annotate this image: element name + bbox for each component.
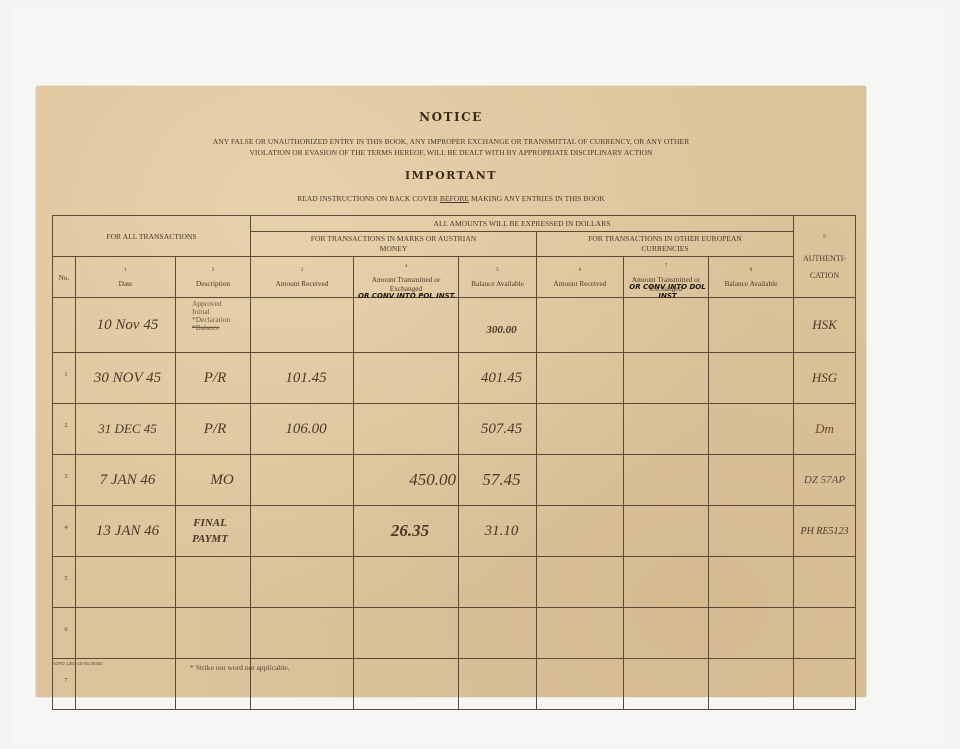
col-number: 9 (794, 229, 855, 246)
authentication-signature: HSG (794, 353, 856, 404)
authentication-cell (794, 659, 856, 710)
col-label: No. (59, 273, 70, 282)
date-cell: 7 JAN 46 (76, 455, 176, 506)
description-cell: Approved Initial *Declaration *Balance (176, 298, 251, 353)
col-number: 3 (251, 266, 353, 275)
row-number: 5 (53, 557, 76, 608)
amount-received-other-cell (537, 404, 624, 455)
header-auth-label: AUTHENTI- CATION (800, 250, 850, 284)
amount-transmitted-cell (354, 404, 459, 455)
amount-received-other-cell (537, 455, 624, 506)
amount-received-other-cell (537, 353, 624, 404)
amount-received-cell: 101.45 (251, 353, 354, 404)
date-cell (76, 659, 176, 710)
table-row: 7 (53, 659, 856, 710)
amount-received-cell (251, 506, 354, 557)
col-label: Description (196, 279, 230, 288)
balance-other-cell (709, 659, 794, 710)
read-underlined: BEFORE (440, 194, 469, 203)
col-label: Amount Received (276, 279, 329, 288)
balance-other-cell (709, 608, 794, 659)
authentication-cell (794, 557, 856, 608)
footnote: * Strike out word not applicable. (190, 663, 290, 672)
balance-cell: 300.00 (459, 298, 537, 353)
col-number: 4 (354, 262, 458, 271)
date-cell (76, 608, 176, 659)
header-all-transactions: FOR ALL TRANSACTIONS (53, 216, 251, 257)
printed-declaration-options: Approved Initial *Declaration *Balance (192, 300, 230, 332)
amount-received-other-cell (537, 608, 624, 659)
authentication-signature: HSK (794, 298, 856, 353)
col-header-amount-transmitted-marks: 4Amount Transmitted or Exchanged OR CONV… (354, 257, 459, 298)
table-row: 2 31 DEC 45 P/R 106.00 507.45 Dm (53, 404, 856, 455)
authentication-signature: DZ 57AP (794, 455, 856, 506)
amount-transmitted-other-cell (624, 298, 709, 353)
table-row: 4 13 JAN 46 FINAL PAYMT 26.35 31.10 PH R… (53, 506, 856, 557)
header-authentication: 9 AUTHENTI- CATION (794, 216, 856, 298)
amount-transmitted-other-cell (624, 404, 709, 455)
balance-other-cell (709, 298, 794, 353)
header-other-label: FOR TRANSACTIONS IN OTHER EUROPEAN CURRE… (580, 234, 750, 254)
col-header-amount-transmitted-other: 7Amount Transmitted or Exchanged OR CONV… (624, 257, 709, 298)
notice-line-2: VIOLATION OR EVASION OF THE TERMS HEREOF… (36, 147, 866, 158)
amount-transmitted-other-cell (624, 557, 709, 608)
balance-other-cell (709, 404, 794, 455)
col-header-date: 1Date (76, 257, 176, 298)
description-cell (176, 557, 251, 608)
header-dollars: ALL AMOUNTS WILL BE EXPRESSED IN DOLLARS (251, 216, 794, 232)
amount-received-cell (251, 557, 354, 608)
row-number: 6 (53, 608, 76, 659)
col-number: 8 (709, 266, 793, 275)
date-cell: 10 Nov 45 (76, 298, 176, 353)
amount-received-cell: 106.00 (251, 404, 354, 455)
row-number: 1 (53, 353, 76, 404)
balance-label-struck: *Balance (192, 324, 230, 332)
amount-transmitted-cell (354, 608, 459, 659)
col-label: Amount Received (554, 279, 607, 288)
col-label: Balance Available (725, 279, 778, 288)
col-number: 5 (459, 266, 536, 275)
amount-transmitted-cell: 26.35 (354, 506, 459, 557)
balance-cell (459, 608, 537, 659)
amount-transmitted-other-cell (624, 608, 709, 659)
col-header-balance-other: 8Balance Available (709, 257, 794, 298)
amount-received-other-cell (537, 298, 624, 353)
balance-other-cell (709, 506, 794, 557)
row-number (53, 298, 76, 353)
amount-transmitted-cell (354, 353, 459, 404)
row-number: 7 (53, 659, 76, 710)
read-instructions: READ INSTRUCTIONS ON BACK COVER BEFORE M… (36, 194, 866, 203)
description-cell: P/R (176, 353, 251, 404)
balance-other-cell (709, 353, 794, 404)
date-cell: 30 NOV 45 (76, 353, 176, 404)
col-number: 6 (537, 266, 623, 275)
description-cell: MO (176, 455, 251, 506)
authentication-signature: PH RE5123 (794, 506, 856, 557)
important-title: IMPORTANT (36, 169, 866, 182)
amount-received-other-cell (537, 557, 624, 608)
read-after: MAKING ANY ENTRIES IN THIS BOOK (469, 194, 605, 203)
col-number: 1 (76, 266, 175, 275)
date-cell (76, 557, 176, 608)
col-header-description: 2Description (176, 257, 251, 298)
amount-transmitted-other-cell (624, 353, 709, 404)
amount-transmitted-cell: 450.00 (354, 455, 459, 506)
balance-other-cell (709, 557, 794, 608)
col-number: 2 (176, 266, 250, 275)
header-marks-label: FOR TRANSACTIONS IN MARKS OR AUSTRIAN MO… (299, 234, 489, 254)
amount-transmitted-cell (354, 659, 459, 710)
col-header-amount-received-marks: 3Amount Received (251, 257, 354, 298)
transaction-ledger-table: FOR ALL TRANSACTIONS ALL AMOUNTS WILL BE… (52, 215, 856, 710)
table-row: 1 30 NOV 45 P/R 101.45 401.45 HSG (53, 353, 856, 404)
balance-cell: 507.45 (459, 404, 537, 455)
description-cell: P/R (176, 404, 251, 455)
date-cell: 31 DEC 45 (76, 404, 176, 455)
authentication-cell (794, 608, 856, 659)
col-header-no: No. (53, 257, 76, 298)
col-label: Amount Transmitted or Exchanged (362, 275, 450, 293)
amount-received-other-cell (537, 659, 624, 710)
balance-cell: 401.45 (459, 353, 537, 404)
currency-control-book-page: NOTICE ANY FALSE OR UNAUTHORIZED ENTRY I… (36, 86, 866, 697)
col-header-amount-received-other: 6Amount Received (537, 257, 624, 298)
amount-transmitted-other-cell (624, 506, 709, 557)
form-code: AGPD 1302-10-45 30462 (52, 661, 103, 666)
col-label: Date (119, 279, 133, 288)
amount-transmitted-cell (354, 298, 459, 353)
description-cell (176, 608, 251, 659)
balance-other-cell (709, 455, 794, 506)
notice-line-1: ANY FALSE OR UNAUTHORIZED ENTRY IN THIS … (36, 136, 866, 147)
read-before: READ INSTRUCTIONS ON BACK COVER (297, 194, 440, 203)
description-text: FINAL PAYMT (180, 515, 240, 547)
amount-received-cell (251, 298, 354, 353)
amount-transmitted-other-cell (624, 659, 709, 710)
notice-text: ANY FALSE OR UNAUTHORIZED ENTRY IN THIS … (36, 136, 866, 158)
amount-transmitted-other-cell (624, 455, 709, 506)
row-number: 3 (53, 455, 76, 506)
table-row: 6 (53, 608, 856, 659)
header-marks: FOR TRANSACTIONS IN MARKS OR AUSTRIAN MO… (251, 232, 537, 257)
table-row-initial: 10 Nov 45 Approved Initial *Declaration … (53, 298, 856, 353)
description-cell: FINAL PAYMT (176, 506, 251, 557)
amount-received-cell (251, 608, 354, 659)
balance-cell (459, 659, 537, 710)
amount-received-other-cell (537, 506, 624, 557)
balance-cell: 57.45 (459, 455, 537, 506)
amount-transmitted-cell (354, 557, 459, 608)
balance-cell: 31.10 (459, 506, 537, 557)
row-number: 4 (53, 506, 76, 557)
table-row: 5 (53, 557, 856, 608)
amount-received-cell (251, 455, 354, 506)
date-cell: 13 JAN 46 (76, 506, 176, 557)
notice-title: NOTICE (36, 110, 866, 124)
table-row: 3 7 JAN 46 MO 450.00 57.45 DZ 57AP (53, 455, 856, 506)
col-number: 7 (624, 262, 708, 271)
col-header-balance-marks: 5Balance Available (459, 257, 537, 298)
row-number: 2 (53, 404, 76, 455)
authentication-signature: Dm (794, 404, 856, 455)
col-label: Balance Available (471, 279, 524, 288)
balance-cell (459, 557, 537, 608)
header-other-currencies: FOR TRANSACTIONS IN OTHER EUROPEAN CURRE… (537, 232, 794, 257)
